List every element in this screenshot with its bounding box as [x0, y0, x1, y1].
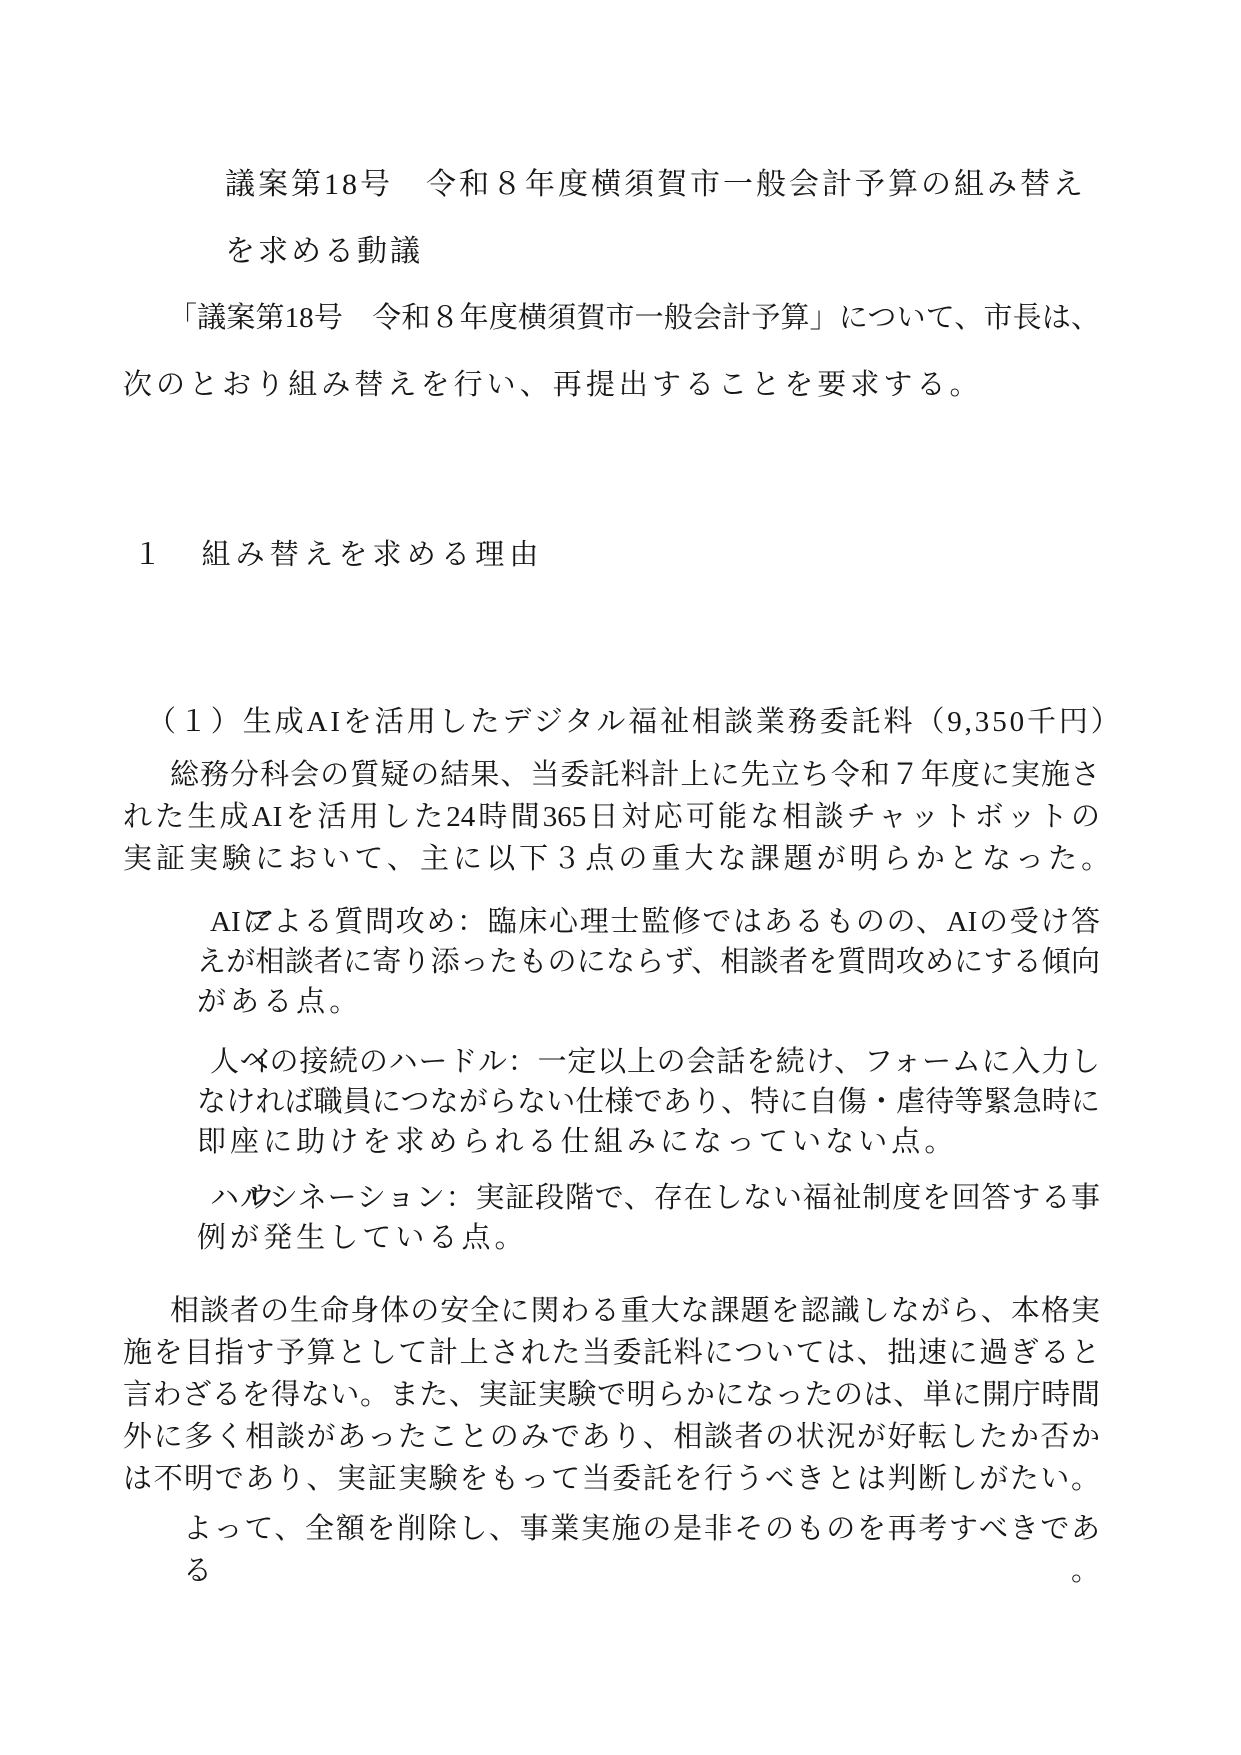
assessment-line5: は不明であり、実証実験をもって当委託を行うべきとは判断しがたい。	[123, 1458, 1100, 1500]
assessment-line3: 言わざるを得ない。また、実証実験で明らかになったのは、単に開庁時間	[123, 1374, 1100, 1416]
issue-point-a-line3: がある点。	[123, 982, 1100, 1022]
motion-title: 議案第18号 令和８年度横須賀市一般会計予算の組み替え を求める動議	[123, 151, 1100, 285]
issue-point-a-marker: ア	[172, 902, 275, 942]
issue-point-u-marker: ウ	[172, 1178, 275, 1218]
document-page: 議案第18号 令和８年度横須賀市一般会計予算の組み替え を求める動議 「議案第1…	[0, 0, 1241, 1755]
conclusion-line: よって、全額を削除し、事業実施の是非そのものを再考すべきである。	[123, 1508, 1100, 1592]
issue-point-u-line2: 例が発生している点。	[123, 1218, 1100, 1258]
document-content: 議案第18号 令和８年度横須賀市一般会計予算の組み替え を求める動議 「議案第1…	[123, 151, 1100, 1592]
preamble-paragraph: 「議案第18号 令和８年度横須賀市一般会計予算」について、市長は、 次のとおり組…	[123, 285, 1100, 419]
assessment-line4: 外に多く相談があったことのみであり、相談者の状況が好転したか否か	[123, 1416, 1100, 1458]
issue-point-i-line2: なければ職員につながらない仕様であり、特に自傷・虐待等緊急時に	[123, 1082, 1100, 1122]
assessment-line1: 相談者の生命身体の安全に関わる重大な課題を認識しながら、本格実	[123, 1290, 1100, 1332]
intro-line2: れた生成AIを活用した24時間365日対応可能な相談チャットボットの	[123, 796, 1100, 838]
section1-item1-heading: （１）生成AIを活用したデジタル福祉相談業務委託料（9,350千円）	[123, 701, 1100, 743]
motion-title-line2: を求める動議	[123, 218, 1100, 285]
preamble-line2: 次のとおり組み替えを行い、再提出することを要求する。	[123, 352, 1100, 419]
motion-title-line1: 議案第18号 令和８年度横須賀市一般会計予算の組み替え	[123, 151, 1100, 218]
intro-line3: 実証実験において、主に以下３点の重大な課題が明らかとなった。	[123, 838, 1100, 880]
issue-point-u: ウ ハルシネーション：実証段階で、存在しない福祉制度を回答する事 例が発生してい…	[123, 1178, 1100, 1258]
section1-item1-intro-paragraph: 総務分科会の質疑の結果、当委託料計上に先立ち令和７年度に実施さ れた生成AIを活…	[123, 754, 1100, 880]
section1-heading: １ 組み替えを求める理由	[123, 534, 1100, 576]
issue-point-i: イ 人への接続のハードル：一定以上の会話を続け、フォームに入力し なければ職員に…	[123, 1042, 1100, 1162]
issue-point-a: ア AIによる質問攻め：臨床心理士監修ではあるものの、AIの受け答 えが相談者に…	[123, 902, 1100, 1022]
assessment-paragraph: 相談者の生命身体の安全に関わる重大な課題を認識しながら、本格実 施を目指す予算と…	[123, 1290, 1100, 1500]
preamble-line1: 「議案第18号 令和８年度横須賀市一般会計予算」について、市長は、	[123, 285, 1100, 352]
intro-line1: 総務分科会の質疑の結果、当委託料計上に先立ち令和７年度に実施さ	[123, 754, 1100, 796]
assessment-line2: 施を目指す予算として計上された当委託料については、拙速に過ぎると	[123, 1332, 1100, 1374]
issue-point-i-marker: イ	[172, 1042, 275, 1082]
issue-point-a-line2: えが相談者に寄り添ったものにならず、相談者を質問攻めにする傾向	[123, 942, 1100, 982]
issue-point-i-line3: 即座に助けを求められる仕組みになっていない点。	[123, 1122, 1100, 1162]
